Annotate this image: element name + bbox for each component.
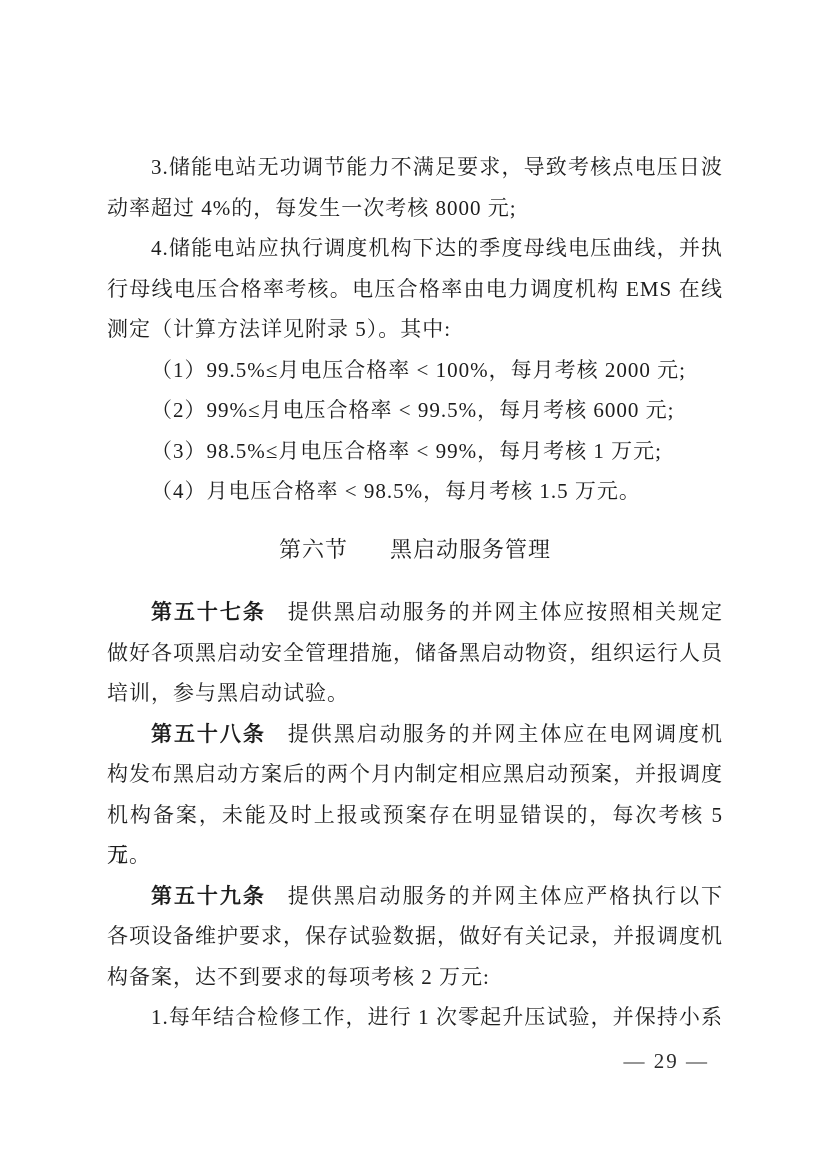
list-item-4: （4）月电压合格率 < 98.5%，每月考核 1.5 万元。 <box>107 471 723 512</box>
paragraph-line: 动率超过 4%的，每发生一次考核 8000 元; <box>107 188 723 229</box>
article-57-text: 提供黑启动服务的并网主体应按照相关规定 <box>288 600 723 624</box>
list-item-3: （3）98.5%≤月电压合格率 < 99%，每月考核 1 万元; <box>107 431 723 472</box>
section-heading: 第六节黑启动服务管理 <box>107 530 723 571</box>
paragraph-line: 行母线电压合格率考核。电压合格率由电力调度机构 EMS 在线 <box>107 269 723 310</box>
paragraph-line: 培训，参与黑启动试验。 <box>107 673 723 714</box>
document-body: 3.储能电站无功调节能力不满足要求，导致考核点电压日波 动率超过 4%的，每发生… <box>107 0 723 1074</box>
paragraph-line: 做好各项黑启动安全管理措施，储备黑启动物资，组织运行人员 <box>107 633 723 674</box>
paragraph-line: 元。 <box>107 835 723 876</box>
document-page: 3.储能电站无功调节能力不满足要求，导致考核点电压日波 动率超过 4%的，每发生… <box>0 0 827 1170</box>
section-number: 第六节 <box>279 537 348 562</box>
paragraph-line: 构发布黑启动方案后的两个月内制定相应黑启动预案，并报调度 <box>107 754 723 795</box>
paragraph-line: 各项设备维护要求，保存试验数据，做好有关记录，并报调度机 <box>107 916 723 957</box>
list-item-2: （2）99%≤月电压合格率 < 99.5%，每月考核 6000 元; <box>107 390 723 431</box>
paragraph-line: 构备案，达不到要求的每项考核 2 万元: <box>107 957 723 998</box>
list-item-1: （1）99.5%≤月电压合格率 < 100%，每月考核 2000 元; <box>107 350 723 391</box>
paragraph-line: 4.储能电站应执行调度机构下达的季度母线电压曲线，并执 <box>107 228 723 269</box>
article-58-number: 第五十八条 <box>151 723 266 746</box>
article-57-heading-line: 第五十七条提供黑启动服务的并网主体应按照相关规定 <box>107 592 723 633</box>
paragraph-line: 机构备案，未能及时上报或预案存在明显错误的，每次考核 5 万 <box>107 795 723 836</box>
section-title: 黑启动服务管理 <box>390 537 551 562</box>
article-58-text: 提供黑启动服务的并网主体应在电网调度机 <box>288 722 723 746</box>
paragraph-line: 1.每年结合检修工作，进行 1 次零起升压试验，并保持小系 <box>107 997 723 1038</box>
article-58-heading-line: 第五十八条提供黑启动服务的并网主体应在电网调度机 <box>107 714 723 755</box>
paragraph-line: 测定（计算方法详见附录 5）。其中: <box>107 309 723 350</box>
paragraph-line: 3.储能电站无功调节能力不满足要求，导致考核点电压日波 <box>107 147 723 188</box>
article-59-number: 第五十九条 <box>151 885 266 908</box>
page-number: — 29 — <box>107 1048 723 1074</box>
article-57-number: 第五十七条 <box>151 601 266 624</box>
article-59-heading-line: 第五十九条提供黑启动服务的并网主体应严格执行以下 <box>107 876 723 917</box>
article-59-text: 提供黑启动服务的并网主体应严格执行以下 <box>288 884 723 908</box>
